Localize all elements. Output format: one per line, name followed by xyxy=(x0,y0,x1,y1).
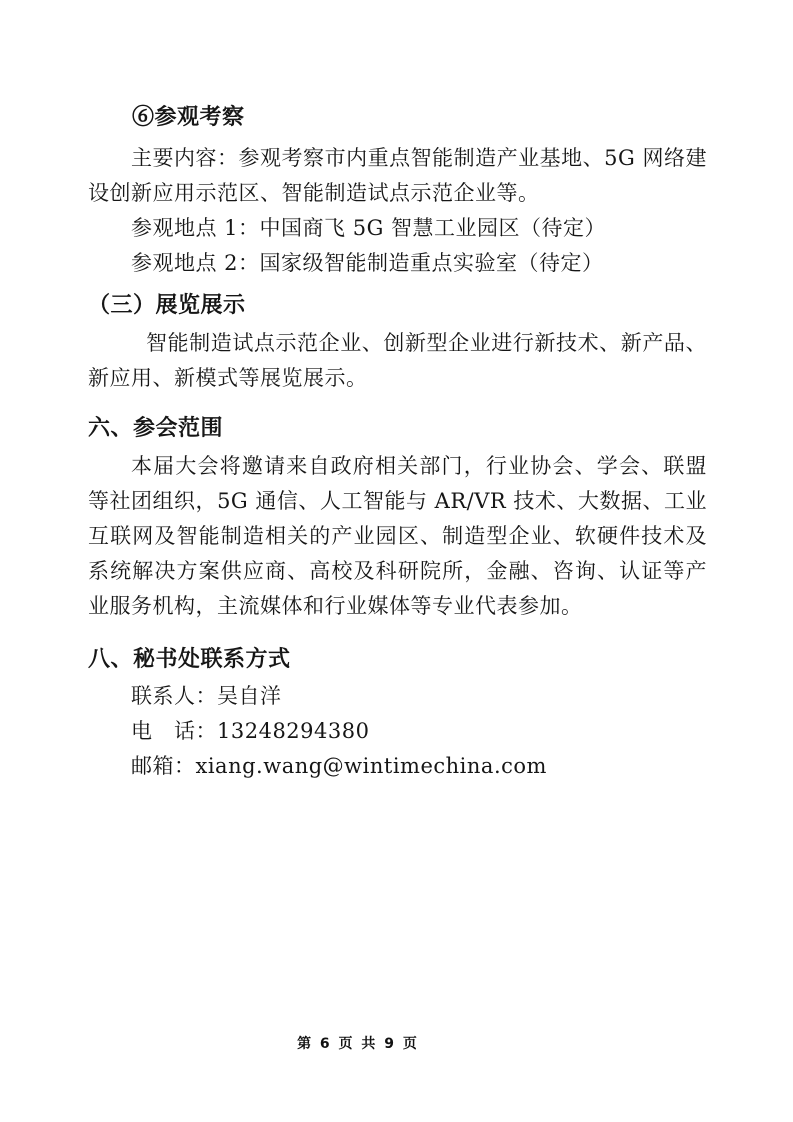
exhibition-paragraph: 智能制造试点示范企业、创新型企业进行新技术、新产品、新应用、新模式等展览展示。 xyxy=(88,326,707,396)
page-number: 第 6 页 共 9 页 xyxy=(297,1036,419,1052)
visit-site-1: 参观地点 1：中国商飞 5G 智慧工业园区（待定） xyxy=(88,211,707,246)
document-page: ⑥参观考察 主要内容：参观考察市内重点智能制造产业基地、5G 网络建设创新应用示… xyxy=(0,0,793,1122)
contact-heading: 八、秘书处联系方式 xyxy=(88,642,707,677)
page-footer: 第 6 页 共 9 页 xyxy=(0,1033,716,1053)
visit-section-heading: ⑥参观考察 xyxy=(132,100,707,135)
visit-site-2: 参观地点 2：国家级智能制造重点实验室（待定） xyxy=(88,246,707,281)
scope-heading: 六、参会范围 xyxy=(88,411,707,446)
visit-intro-paragraph: 主要内容：参观考察市内重点智能制造产业基地、5G 网络建设创新应用示范区、智能制… xyxy=(88,141,707,211)
contact-phone-line: 电 话：13248294380 xyxy=(88,714,707,749)
exhibition-heading: （三）展览展示 xyxy=(88,288,707,323)
scope-paragraph: 本届大会将邀请来自政府相关部门，行业协会、学会、联盟等社团组织，5G 通信、人工… xyxy=(88,449,707,624)
contact-person-line: 联系人：吴自洋 xyxy=(88,679,707,714)
contact-email-line: 邮箱：xiang.wang@wintimechina.com xyxy=(88,749,707,784)
